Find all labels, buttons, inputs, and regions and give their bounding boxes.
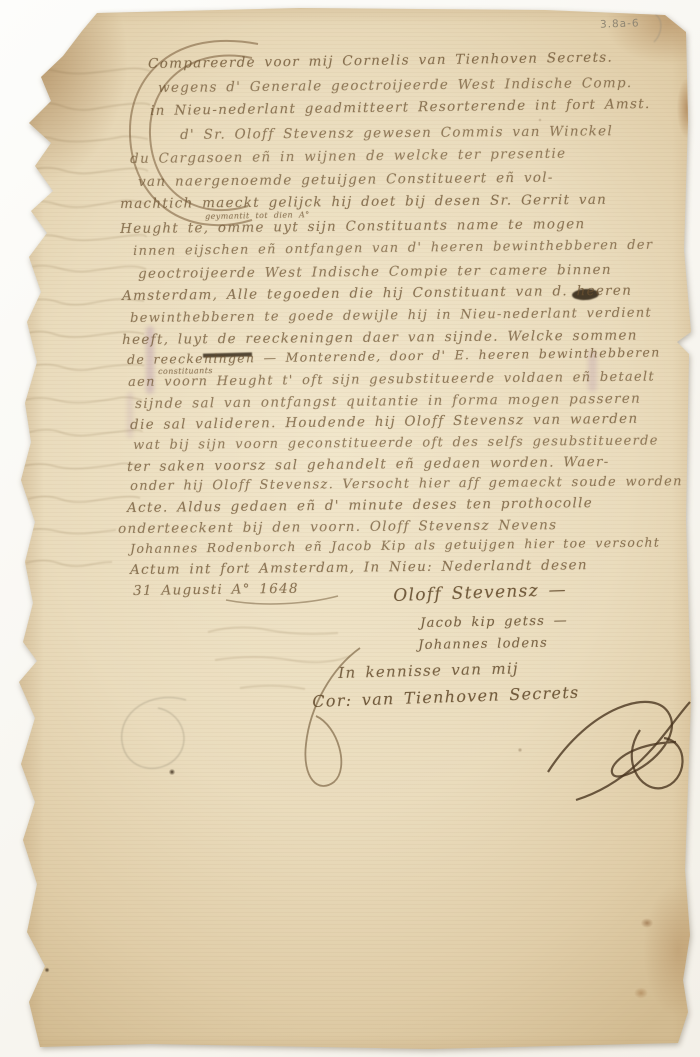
pencil-squiggle <box>654 14 661 42</box>
signature-jacob-kip: Jacob kip getss — <box>420 613 568 631</box>
manuscript-line: Compareerde voor mij Cornelis van Tienho… <box>148 50 613 72</box>
ghost-pencil-loop <box>122 698 186 769</box>
manuscript-line: wat bij sijn voorn geconstitueerde oft d… <box>133 433 659 453</box>
manuscript-line: geoctroijeerde West Indische Compie ter … <box>138 262 612 282</box>
paper-shadow: 3.8a-6 Compareerde voor mij Cornelis van… <box>0 0 700 1057</box>
manuscript-line: die sal valideren. Houdende hij Oloff St… <box>130 411 639 433</box>
manuscript-line: wegens d' Generale geoctroijeerde West I… <box>158 75 633 96</box>
manuscript-line: ter saken voorsz sal gehandelt eñ gedaen… <box>127 454 610 475</box>
manuscript-line: in Nieu-nederlant geadmitteert Resortere… <box>150 96 651 119</box>
manuscript-line: Acte. Aldus gedaen eñ d' minute deses te… <box>127 495 593 516</box>
manuscript-line: du Cargasoen eñ in wijnen de welcke ter … <box>130 146 566 167</box>
manuscript-line: innen eijschen eñ ontfangen van d' heere… <box>133 238 653 259</box>
manuscript-line: van naergenoemde getuijgen Constitueert … <box>138 170 554 190</box>
shelfmark-note: 3.8a-6 <box>600 17 640 30</box>
manuscript-line: Johannes Rodenborch eñ Jacob Kip als get… <box>130 535 660 556</box>
signature-johannes: Johannes lodens <box>418 636 548 653</box>
manuscript-line: Actum int fort Amsterdam, In Nieu: Neder… <box>130 557 588 578</box>
manuscript-line: onder hij Oloff Stevensz. Versocht hier … <box>130 474 683 494</box>
closing-phrase: In kennisse van mij <box>338 659 519 682</box>
scanned-document-background: 3.8a-6 Compareerde voor mij Cornelis van… <box>0 0 700 1057</box>
manuscript-line: onderteeckent bij den voorn. Oloff Steve… <box>118 517 557 537</box>
manuscript-line: machtich maeckt gelijck hij doet bij des… <box>120 192 607 212</box>
manuscript-line: de reeckeningen — Monterende, door d' E.… <box>127 345 661 367</box>
manuscript-line: 31 Augusti A° 1648 <box>133 581 299 599</box>
manuscript-line: Amsterdam, Alle tegoeden die hij Constit… <box>122 283 632 304</box>
manuscript-line: sijnde sal van ontfangst quitantie in fo… <box>135 391 641 412</box>
manuscript-line: bewinthebberen te goede dewijle hij in N… <box>130 306 652 326</box>
manuscript-line: heeft, luyt de reeckeningen daer van sij… <box>122 327 638 347</box>
manuscript-line: Heught te, omme uyt sijn Constituants na… <box>120 216 586 237</box>
manuscript-paper: 3.8a-6 Compareerde voor mij Cornelis van… <box>0 0 700 1057</box>
secretary-paraph <box>548 702 690 800</box>
secretary-signature: Cor: van Tienhoven Secrets <box>312 683 580 711</box>
manuscript-line: d' Sr. Oloff Stevensz gewesen Commis van… <box>180 123 613 143</box>
signature-oloff-stevensz: Oloff Stevensz — <box>393 580 567 606</box>
